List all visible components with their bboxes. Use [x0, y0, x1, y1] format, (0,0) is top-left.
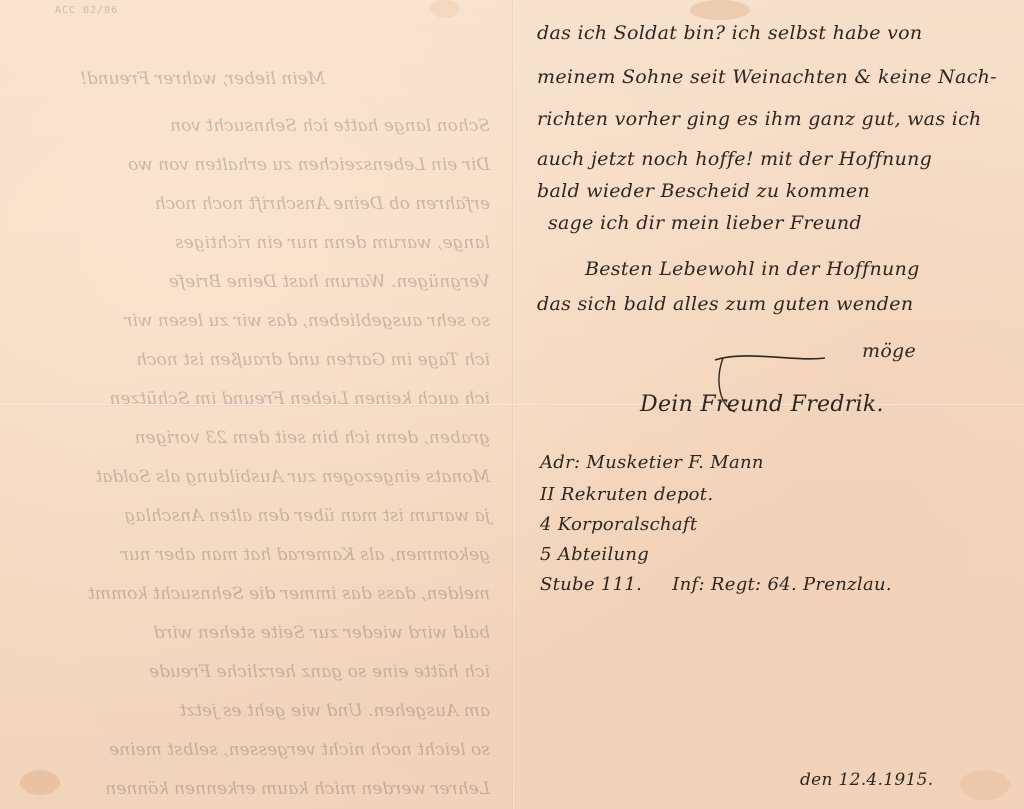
address-line: 5 Abteilung	[540, 544, 649, 565]
left-page: Mein lieber, wahrer Freund! Schon lange …	[0, 0, 512, 809]
letter-line: richten vorher ging es ihm ganz gut, was…	[537, 108, 982, 130]
bleed-line: Schon lange hatte ich Sehnsucht von	[20, 107, 490, 146]
bleed-line: ich auch keinen Lieben Freund im Schütze…	[20, 380, 490, 419]
bleed-line: erfahren ob Deine Anschrift noch noch	[20, 185, 490, 224]
letter-line: auch jetzt noch hoffe! mit der Hoffnung	[537, 148, 932, 170]
bleed-line: lange, warum denn nur ein richtiges	[20, 224, 490, 263]
address-line: 4 Korporalschaft	[540, 514, 697, 535]
paper-stain	[690, 0, 750, 20]
bleed-line: Vergnügen. Warum hast Deine Briefe	[20, 263, 490, 302]
bleed-line: graben, denn ich bin seit dem 23 vorigen	[20, 419, 490, 458]
bleed-line: gekommen, als Kamerad hat man aber nur	[20, 536, 490, 575]
signature: Dein Freund Fredrik.	[640, 392, 884, 417]
closing-line: Besten Lebewohl in der Hoffnung	[585, 258, 920, 280]
bleed-line: bald wird wieder zur Seite stehen wird	[20, 614, 490, 653]
bleed-line: ich Tage im Garten und draußen ist noch	[20, 341, 490, 380]
paper-stain	[960, 770, 1010, 800]
closing-line: das sich bald alles zum guten wenden	[537, 293, 913, 315]
closing-word: möge	[862, 340, 916, 362]
letter-scan: ACC 02/06 Mein lieber, wahrer Freund! Sc…	[0, 0, 1024, 809]
bleed-line: ich hätte eine so ganz herzliche Freude	[20, 653, 490, 692]
bleed-through-text: Mein lieber, wahrer Freund! Schon lange …	[20, 60, 490, 809]
bleed-line: melden, dass das immer die Sehnsucht kom…	[20, 575, 490, 614]
letter-line: bald wieder Bescheid zu kommen	[537, 180, 870, 202]
letter-line: meinem Sohne seit Weinachten & keine Nac…	[537, 66, 997, 88]
letter-line: das ich Soldat bin? ich selbst habe von	[537, 22, 922, 44]
address-line: Stube 111. Inf: Regt: 64. Prenzlau.	[540, 574, 892, 595]
bleed-line: so sehr ausgeblieben, das wir zu lesen w…	[20, 302, 490, 341]
address-line: Adr: Musketier F. Mann	[540, 452, 764, 473]
address-line: II Rekruten depot.	[540, 484, 713, 505]
bleed-line: Lehrer werden mich kaum erkennen können	[20, 770, 490, 809]
bleed-line: Monats eingezogen zur Ausbildung als Sol…	[20, 458, 490, 497]
bleed-line: ja warum ist man über den alten Anschlag	[20, 497, 490, 536]
bleed-line: so leicht noch nicht vergessen, selbst m…	[20, 731, 490, 770]
bleed-salutation: Mein lieber, wahrer Freund!	[20, 60, 490, 99]
bleed-line: am Ausgehen. Und wie geht es jetzt	[20, 692, 490, 731]
letter-date: den 12.4.1915.	[800, 770, 933, 790]
bleed-line: Dir ein Lebenszeichen zu erhalten von wo	[20, 146, 490, 185]
letter-line: sage ich dir mein lieber Freund	[548, 212, 862, 234]
